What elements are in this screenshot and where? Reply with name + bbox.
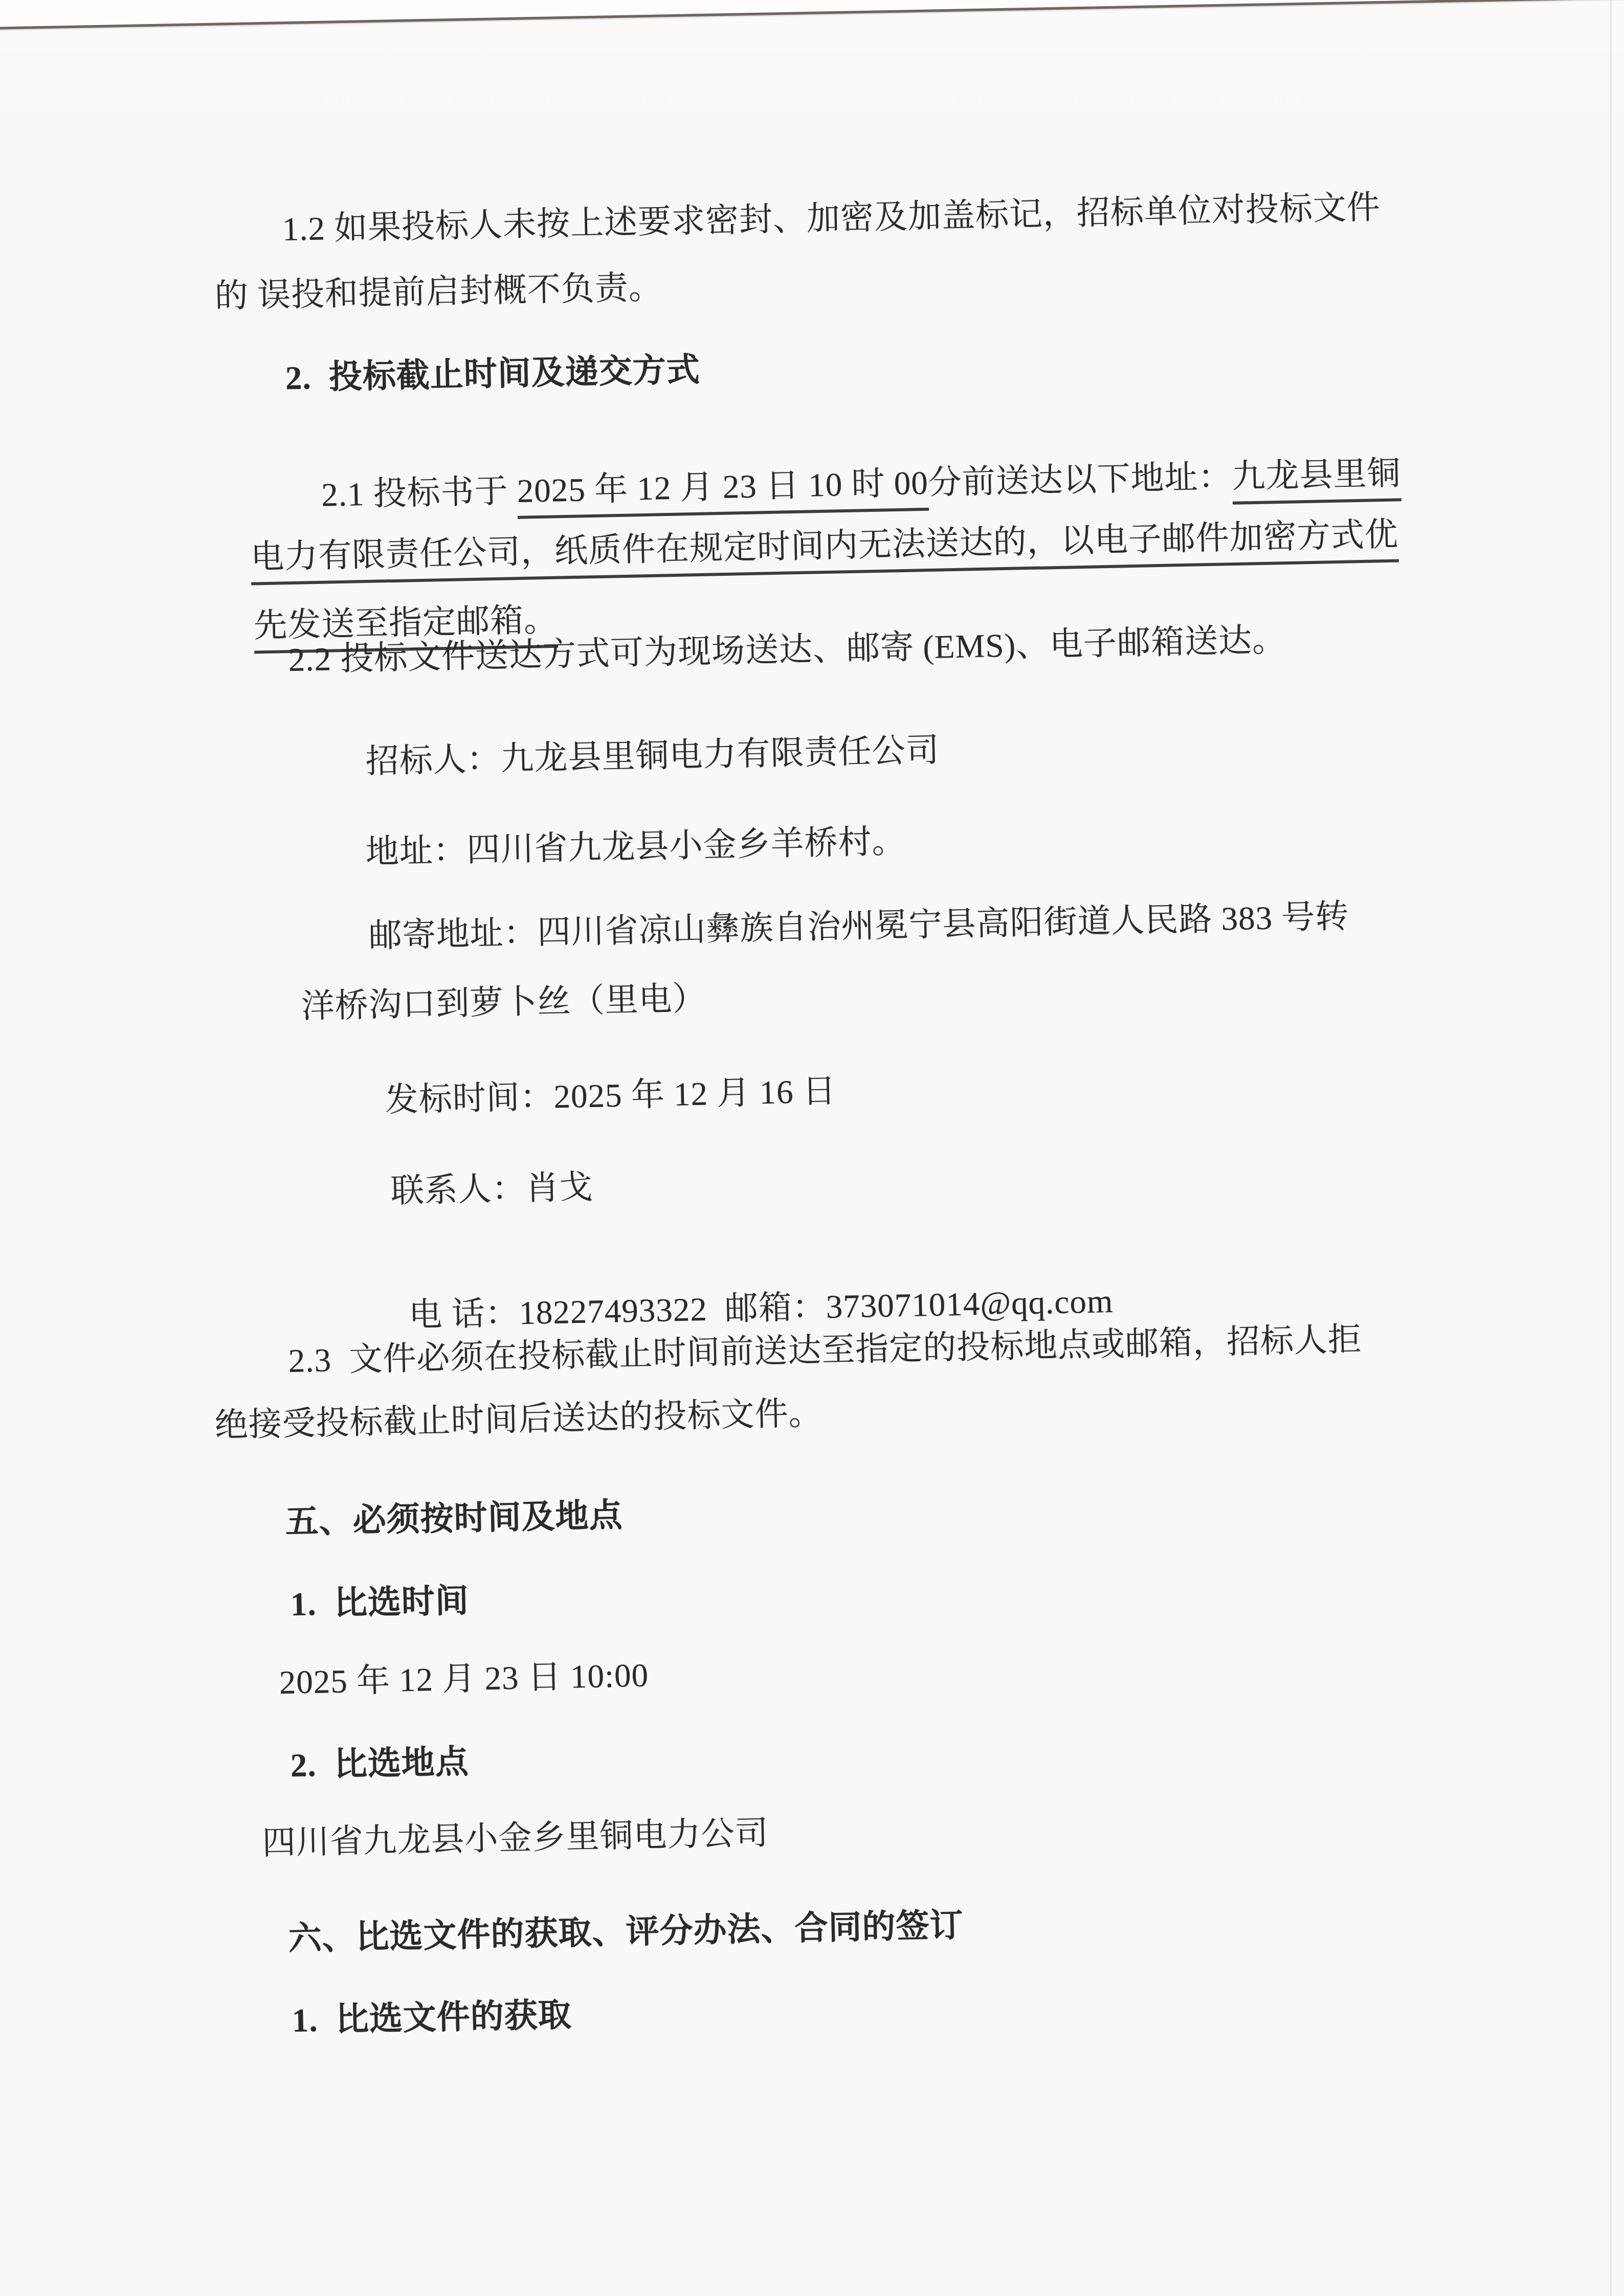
clause-2-3-line-2: 绝接受投标截止时间后送达的投标文件。: [214, 1394, 822, 1445]
mailing-address-line-2: 洋桥沟口到萝卜丝（里电）: [301, 980, 706, 1026]
contact-person-line: 联系人：肖戈: [390, 1168, 593, 1211]
phone-label: 电 话：: [409, 1295, 520, 1334]
section-5-item-2-heading: 2. 比选地点: [290, 1743, 470, 1785]
clause-1-2-line-1: 1.2 如果投标人未按上述要求密封、加密及加盖标记，招标单位对投标文件: [282, 189, 1381, 249]
email-label: 邮箱：: [724, 1289, 826, 1327]
scan-paper-right-edge: [1610, 0, 1612, 2296]
comparison-place-value: 四川省九龙县小金乡里铜电力公司: [262, 1814, 769, 1863]
section-5-heading: 五、必须按时间及地点: [285, 1497, 623, 1542]
email-value: 373071014@qq.com: [826, 1283, 1114, 1325]
address-line: 地址：四川省九龙县小金乡羊桥村。: [365, 823, 906, 872]
tenderer-line: 招标人：九龙县里铜电力有限责任公司: [365, 731, 940, 781]
comparison-time-value: 2025 年 12 月 23 日 10:00: [279, 1656, 649, 1702]
section-6-item-1-heading: 1. 比选文件的获取: [292, 1996, 572, 2040]
section-2-heading: 2. 投标截止时间及递交方式: [285, 351, 701, 398]
phone-email-gap: [707, 1320, 725, 1320]
mailing-address-line-1: 邮寄地址：四川省凉山彝族自治州冕宁县高阳街道人民路 383 号转: [368, 898, 1349, 956]
phone-number: 18227493322: [519, 1291, 708, 1332]
issue-date-line: 发标时间：2025 年 12 月 16 日: [385, 1072, 837, 1119]
section-6-heading: 六、比选文件的获取、评分办法、合同的签订: [288, 1907, 964, 1959]
clause-1-2-line-2: 的 误投和提前启封概不负责。: [214, 268, 663, 316]
scanned-document-page: 1.2 如果投标人未按上述要求密封、加密及加盖标记，招标单位对投标文件 的 误投…: [0, 0, 1624, 2296]
section-5-item-1-heading: 1. 比选时间: [290, 1582, 470, 1624]
